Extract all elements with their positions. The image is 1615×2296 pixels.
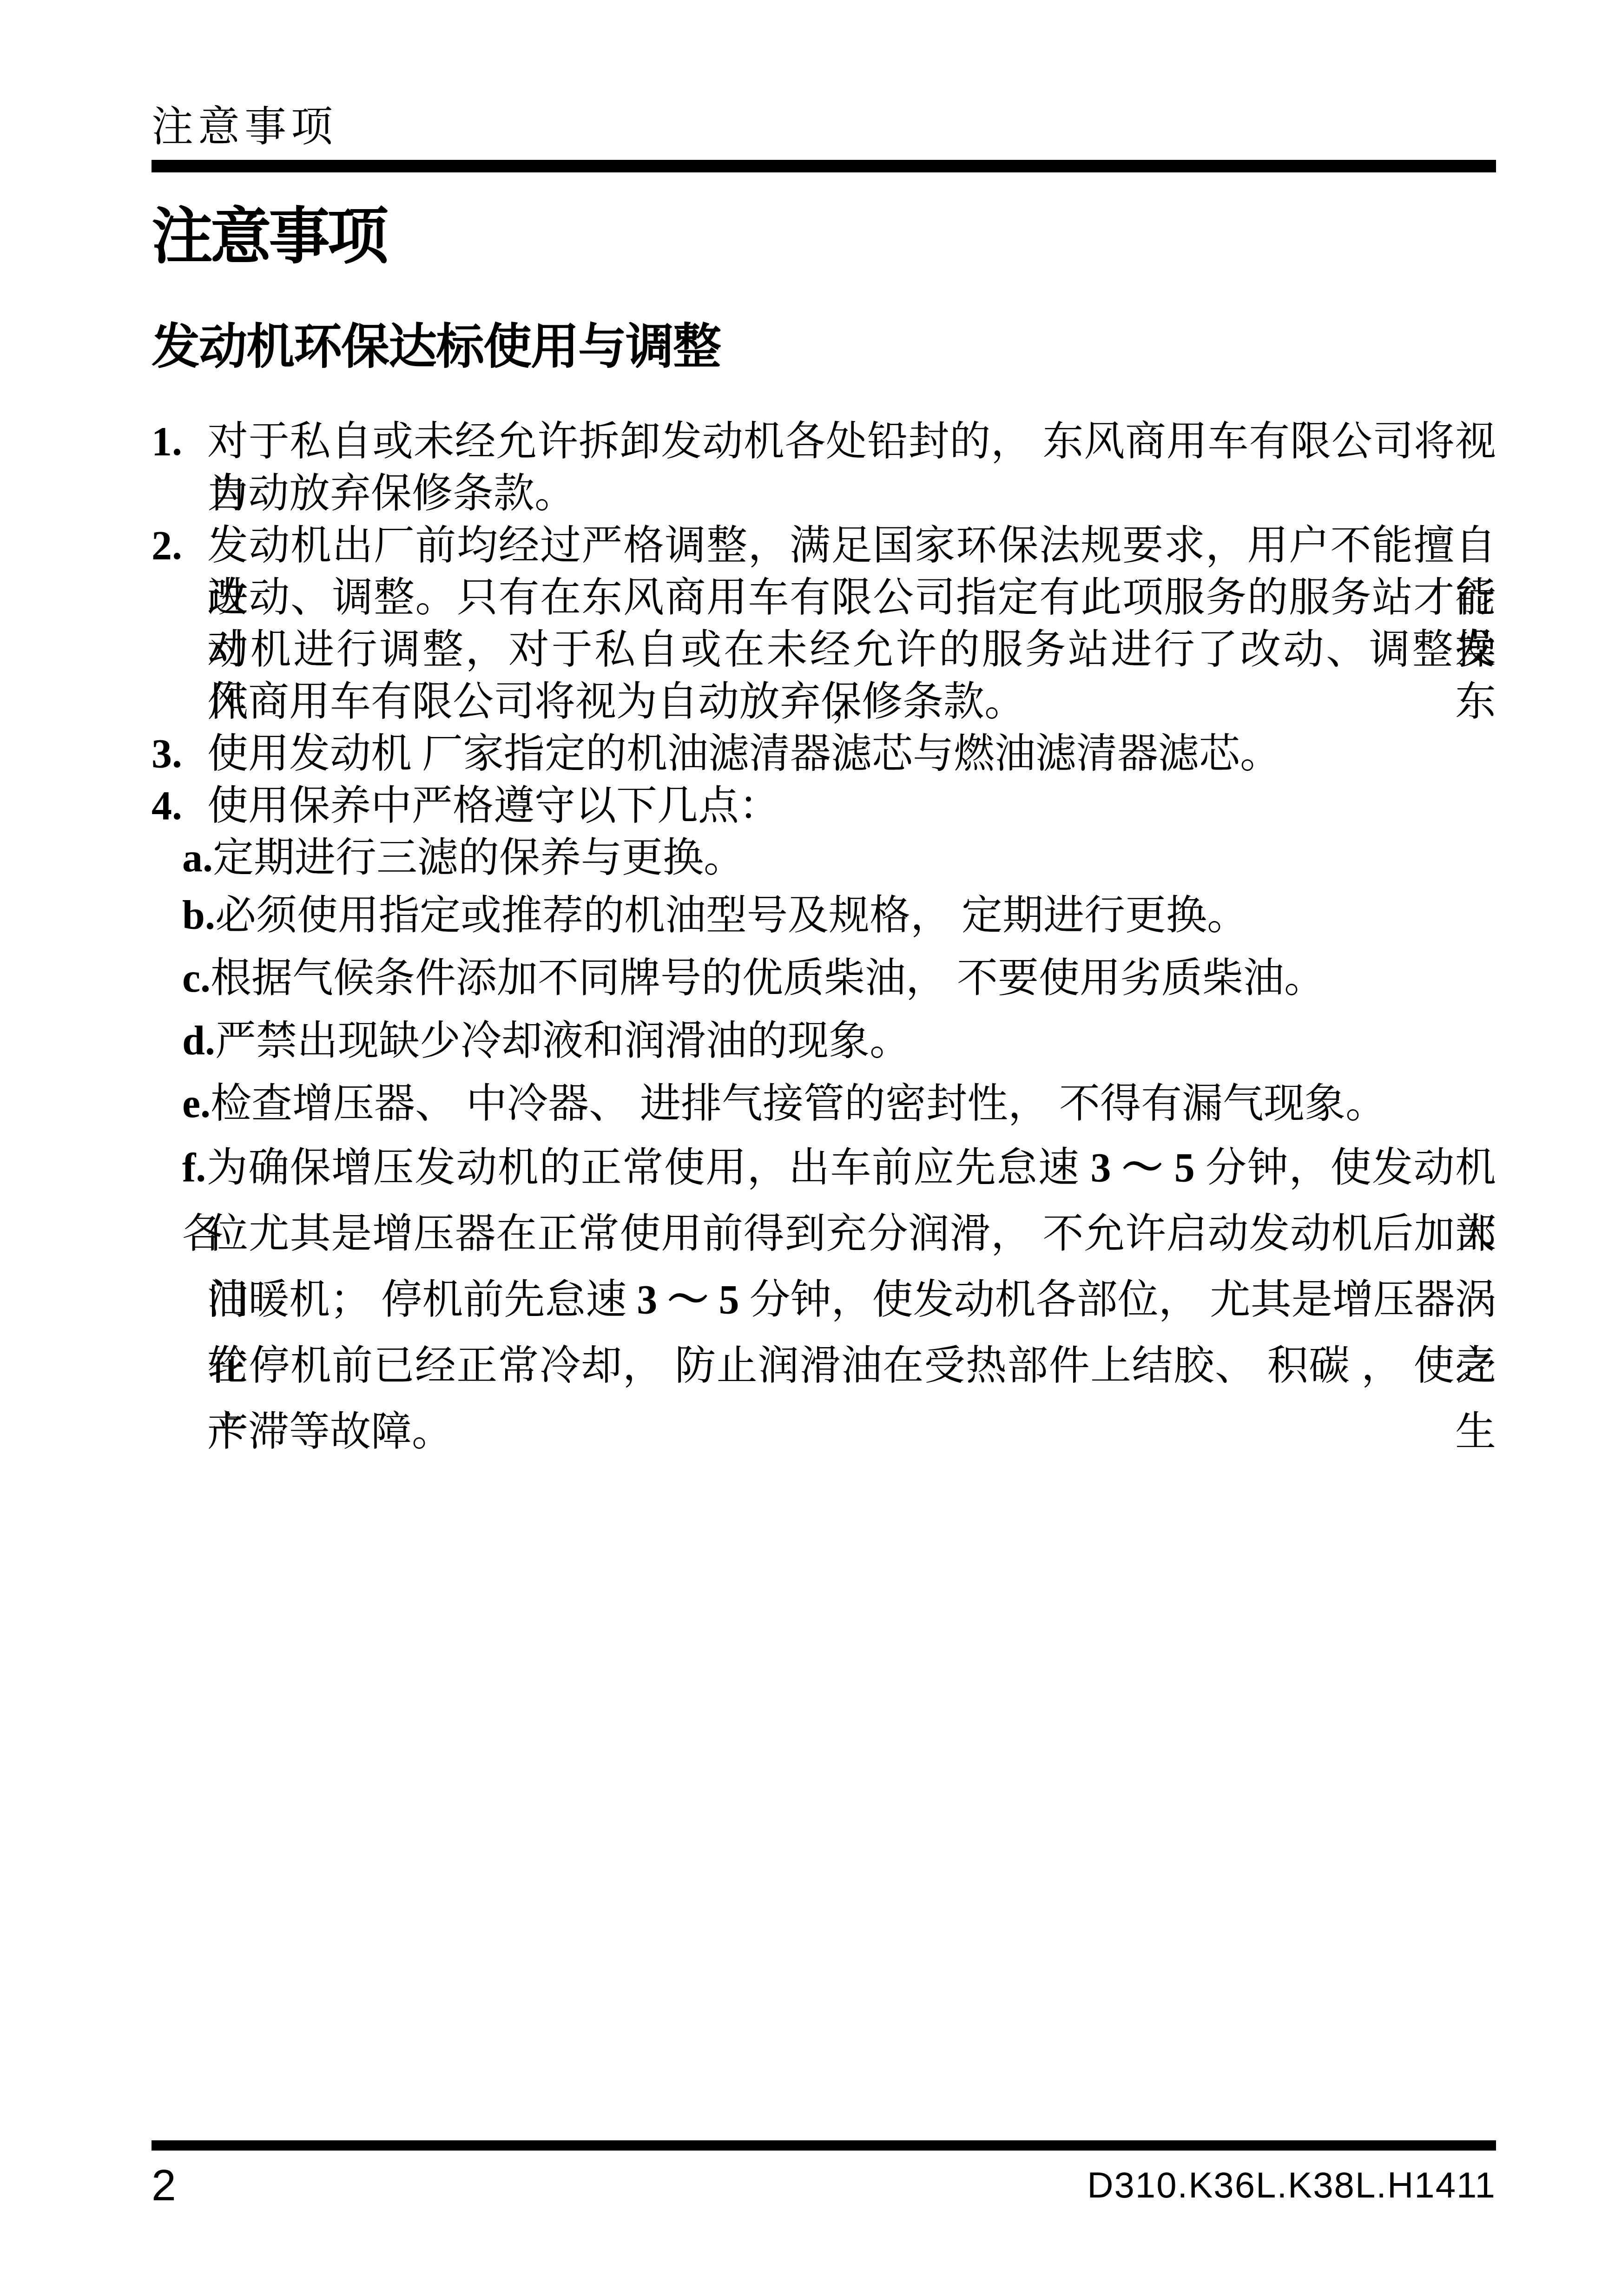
body-line: 动机进行调整，对于私自或在未经允许的服务站进行了改动、调整操作，东 — [152, 624, 1496, 676]
body-line: 位尤其是增压器在正常使用前得到充分润滑， 不允许启动发动机后加大油 — [152, 1201, 1496, 1267]
list-marker: f. — [182, 1145, 206, 1191]
text-segment: 3 ～ 5 — [637, 1277, 739, 1322]
section-title: 发动机环保达标使用与调整 — [152, 323, 1496, 371]
text-segment: 根据气候条件添加不同牌号的优质柴油， 不要使用劣质柴油。 — [211, 956, 1325, 1001]
text-segment: 3 ～ 5 — [1091, 1145, 1195, 1191]
text-segment: 门暖机； 停机前先怠速 — [207, 1277, 637, 1322]
body-line-d: d.严禁出现缺少冷却液和润滑油的现象。 — [152, 1010, 1496, 1072]
footer-row: 2 D310.K36L.K38L.H1411 — [152, 2164, 1496, 2208]
list-marker: a. — [182, 836, 213, 881]
list-marker: b. — [182, 893, 215, 938]
body-line-c: c.根据气候条件添加不同牌号的优质柴油， 不要使用劣质柴油。 — [152, 947, 1496, 1010]
body-line-1: 1.对于私自或未经允许拆卸发动机各处铅封的， 东风商用车有限公司将视为 — [152, 416, 1496, 468]
body-line-f: f.为确保增压发动机的正常使用，出车前应先怠速 3 ～ 5 分钟，使发动机各部 — [152, 1135, 1496, 1201]
page-footer: 2 D310.K36L.K38L.H1411 — [152, 2140, 1496, 2208]
page-title: 注意事项 — [152, 206, 1496, 267]
footer-rule — [152, 2140, 1496, 2151]
body-line: 在停机前已经正常冷却， 防止润滑油在受热部件上结胶、 积碳 ， 使之产生 — [152, 1333, 1496, 1399]
list-marker: 3. — [152, 728, 182, 780]
text-segment: 检查增压器、 中冷器、 进排气接管的密封性， 不得有漏气现象。 — [211, 1081, 1386, 1126]
text-segment: 风商用车有限公司将视为自动放弃保修条款。 — [207, 679, 1025, 724]
text-segment: 定期进行三滤的保养与更换。 — [213, 836, 745, 881]
page-number: 2 — [152, 2164, 176, 2208]
document-code: D310.K36L.K38L.H1411 — [1087, 2164, 1496, 2207]
text-segment: 使用保养中严格遵守以下几点： — [207, 783, 780, 829]
body-line-3: 3.使用发动机 厂家指定的机油滤清器滤芯与燃油滤清器滤芯。 — [152, 728, 1496, 780]
text-segment: 必须使用指定或推荐的机油型号及规格， 定期进行更换。 — [215, 893, 1248, 938]
body-line: 卡滞等故障。 — [152, 1399, 1496, 1465]
list-marker: e. — [182, 1081, 211, 1126]
text-segment: 自动放弃保修条款。 — [207, 471, 575, 516]
body-line-b: b.必须使用指定或推荐的机油型号及规格， 定期进行更换。 — [152, 884, 1496, 947]
body-line-4: 4.使用保养中严格遵守以下几点： — [152, 780, 1496, 832]
body-line: 改动、调整。只有在东风商用车有限公司指定有此项服务的服务站才能对发 — [152, 572, 1496, 624]
text-segment: 使用发动机 厂家指定的机油滤清器滤芯与燃油滤清器滤芯。 — [207, 731, 1281, 776]
manual-page: 注意事项 注意事项 发动机环保达标使用与调整 1.对于私自或未经允许拆卸发动机各… — [0, 0, 1615, 2296]
list-marker: 2. — [152, 520, 182, 572]
list-marker: d. — [182, 1019, 215, 1064]
list-marker: 1. — [152, 416, 182, 468]
text-segment: 卡滞等故障。 — [207, 1409, 453, 1454]
text-segment: 为确保增压发动机的正常使用，出车前应先怠速 — [206, 1145, 1090, 1191]
body-line-e: e.检查增压器、 中冷器、 进排气接管的密封性， 不得有漏气现象。 — [152, 1072, 1496, 1135]
header-rule — [152, 160, 1496, 172]
running-header: 注意事项 — [152, 0, 1496, 148]
list-marker: 4. — [152, 780, 182, 832]
body-line-2: 2.发动机出厂前均经过严格调整，满足国家环保法规要求，用户不能擅自进行 — [152, 520, 1496, 572]
list-marker: c. — [182, 956, 211, 1001]
body-line: 风商用车有限公司将视为自动放弃保修条款。 — [152, 676, 1496, 728]
text-segment: 严禁出现缺少冷却液和润滑油的现象。 — [215, 1019, 910, 1064]
body-line: 自动放弃保修条款。 — [152, 468, 1496, 520]
body-line: 门暖机； 停机前先怠速 3 ～ 5 分钟，使发动机各部位， 尤其是增压器涡轮壳 — [152, 1267, 1496, 1333]
body-line-a: a.定期进行三滤的保养与更换。 — [152, 832, 1496, 884]
body-lines: 1.对于私自或未经允许拆卸发动机各处铅封的， 东风商用车有限公司将视为自动放弃保… — [152, 416, 1496, 1465]
